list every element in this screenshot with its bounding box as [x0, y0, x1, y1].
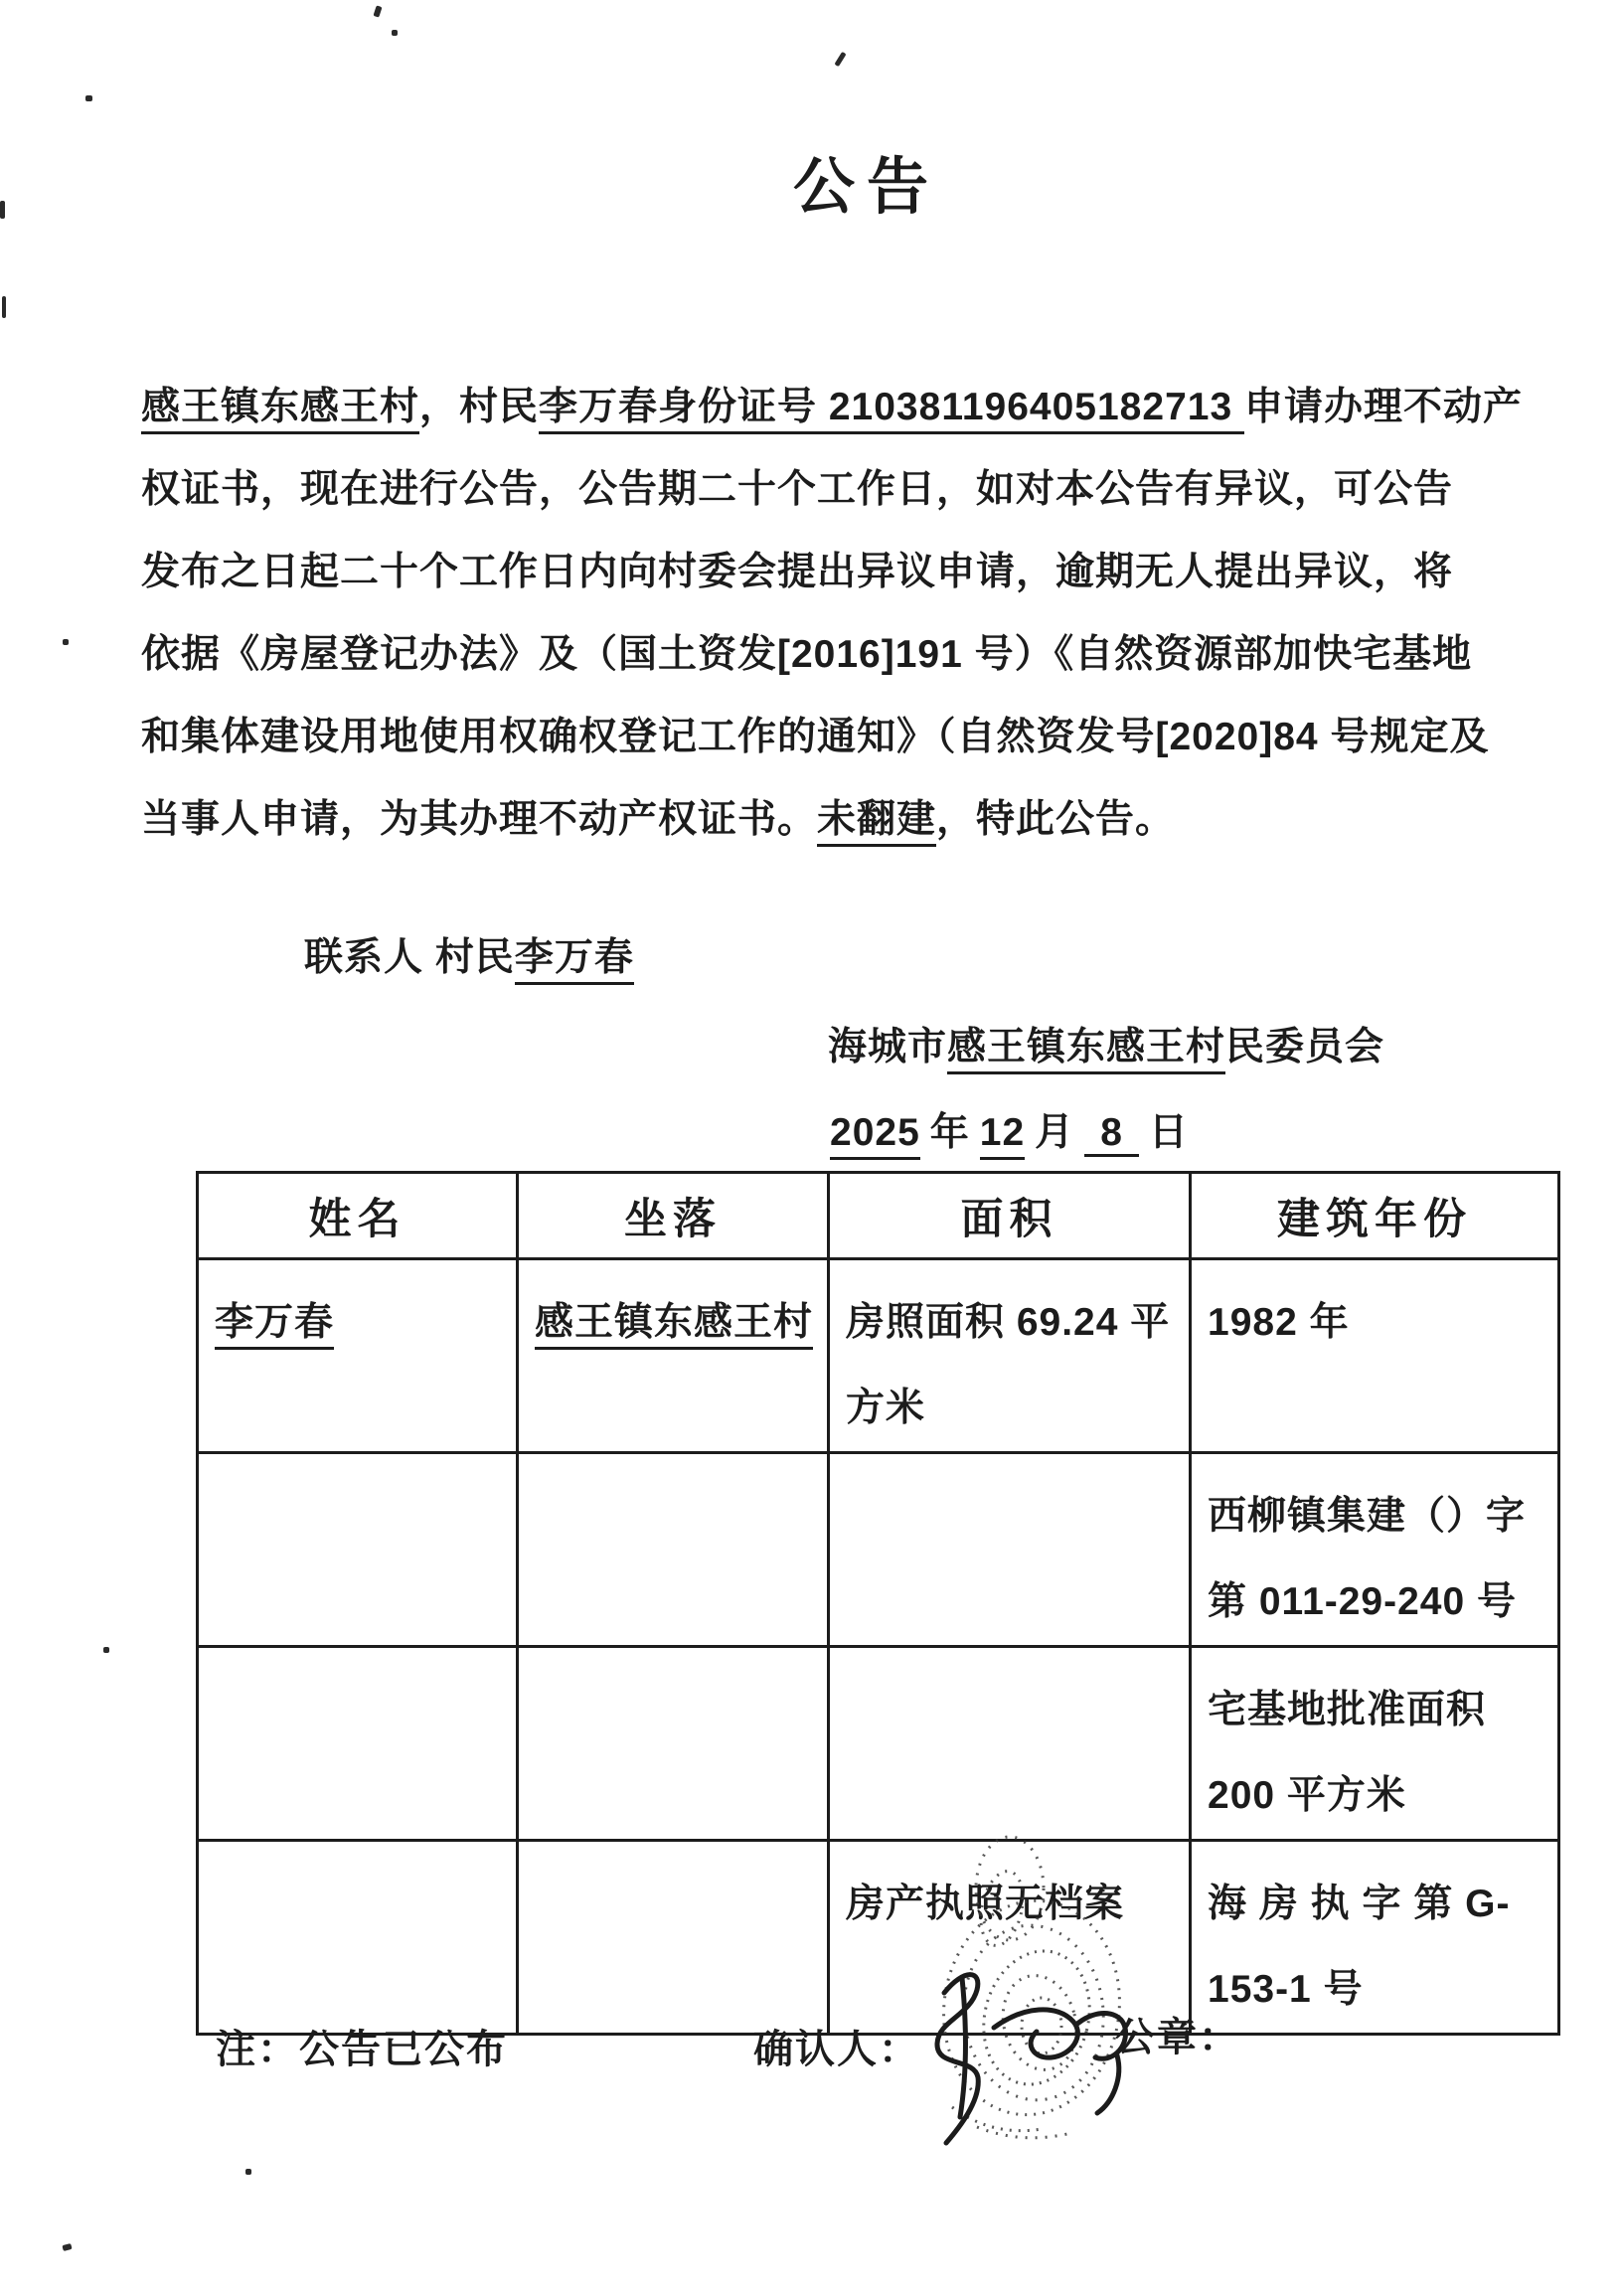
scan-speck: [62, 2243, 72, 2251]
header-build-year: 建筑年份: [1191, 1173, 1559, 1259]
body-line-2: 权证书，现在进行公告，公告期二十个工作日，如对本公告有异议，可公告: [141, 448, 1523, 531]
contact-name: 李万春: [515, 936, 634, 985]
announcement-table: 姓名 坐落 面积 建筑年份 李万春 感王镇东感王村 房照面积 69.24 平方米…: [196, 1171, 1560, 2036]
table-row: 房产执照无档案 海 房 执 字 第 G-153-1 号: [198, 1841, 1559, 2035]
scan-speck: [2, 296, 6, 318]
page-title: 公告: [793, 137, 940, 226]
cell-location: 感王镇东感王村: [518, 1259, 829, 1453]
cell-build-year: 宅基地批准面积 200 平方米: [1191, 1647, 1559, 1841]
body-line-5: 和集体建设用地使用权确权登记工作的通知》（自然资发号[2020]84 号规定及: [141, 696, 1523, 778]
scan-speck: [392, 30, 398, 36]
underlined-village: 感王镇东感王村: [141, 386, 419, 434]
header-location: 坐落: [518, 1173, 829, 1259]
signature-strokes: [937, 1975, 1126, 2143]
cell-name: [198, 1453, 518, 1647]
scan-speck: [373, 5, 382, 17]
scan-speck: [0, 201, 5, 219]
cell-area: [829, 1453, 1191, 1647]
body-line-6: 当事人申请，为其办理不动产权证书。未翻建，特此公告。: [141, 778, 1523, 861]
scan-speck: [245, 2169, 251, 2175]
footer-note: 注：公告已公布: [216, 2018, 508, 2074]
cell-name: 李万春: [198, 1259, 518, 1453]
cell-build-year: 海 房 执 字 第 G-153-1 号: [1191, 1841, 1559, 2035]
cell-build-year: 西柳镇集建（）字 第 011-29-240 号: [1191, 1453, 1559, 1647]
header-area: 面积: [829, 1173, 1191, 1259]
date-line: 2025年12月8日: [830, 1101, 1199, 1157]
body-line-4: 依据《房屋登记办法》及（国土资发[2016]191 号）《自然资源部加快宅基地: [141, 613, 1523, 696]
table-row: 宅基地批准面积 200 平方米: [198, 1647, 1559, 1841]
cell-location: [518, 1647, 829, 1841]
header-name: 姓名: [198, 1173, 518, 1259]
committee-line: 海城市感王镇东感王村民委员会: [828, 1016, 1384, 1071]
announcement-page: 公告 感王镇东感王村，村民李万春身份证号 210381196405182713 …: [0, 0, 1622, 2296]
date-day: 8: [1084, 1111, 1139, 1157]
cell-area: [829, 1647, 1191, 1841]
cell-location: [518, 1841, 829, 2035]
date-year: 2025: [830, 1111, 920, 1160]
scan-speck: [103, 1647, 109, 1653]
scan-speck: [63, 639, 69, 645]
date-month: 12: [980, 1111, 1025, 1160]
body-line-3: 发布之日起二十个工作日内向村委会提出异议申请，逾期无人提出异议，将: [141, 531, 1523, 613]
cell-location: [518, 1453, 829, 1647]
signature-handwriting: [883, 1819, 1161, 2147]
cell-name: [198, 1647, 518, 1841]
table-header-row: 姓名 坐落 面积 建筑年份: [198, 1173, 1559, 1259]
cell-name: [198, 1841, 518, 2035]
body-line-1: 感王镇东感王村，村民李万春身份证号 210381196405182713 申请办…: [141, 366, 1523, 448]
scan-speck: [834, 52, 846, 67]
contact-line: 联系人 村民李万春: [304, 926, 634, 982]
committee-village: 感王镇东感王村: [947, 1026, 1225, 1074]
table-row: 李万春 感王镇东感王村 房照面积 69.24 平方米 1982 年: [198, 1259, 1559, 1453]
underlined-id-number: 李万春身份证号 210381196405182713: [539, 386, 1244, 434]
body-paragraph: 感王镇东感王村，村民李万春身份证号 210381196405182713 申请办…: [141, 366, 1523, 861]
scan-speck: [85, 95, 92, 101]
cell-build-year: 1982 年: [1191, 1259, 1559, 1453]
cell-area: 房照面积 69.24 平方米: [829, 1259, 1191, 1453]
table-row: 西柳镇集建（）字 第 011-29-240 号: [198, 1453, 1559, 1647]
underlined-not-rebuilt: 未翻建: [817, 798, 936, 847]
